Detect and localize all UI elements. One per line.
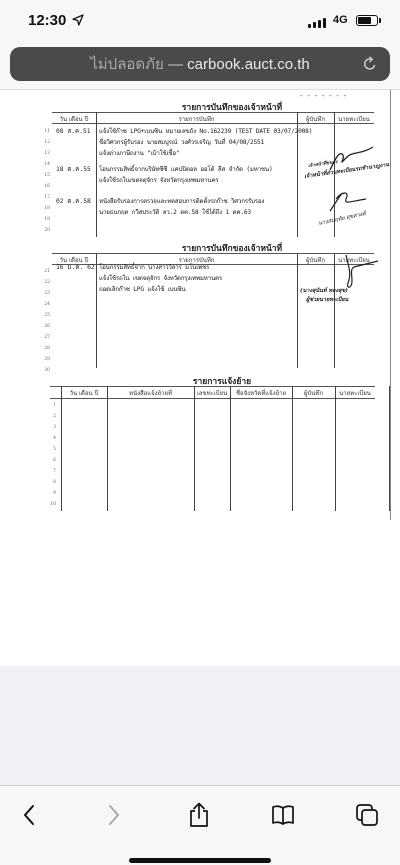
divider (194, 386, 195, 511)
entry-date: 18 ต.ค.55 (56, 164, 91, 174)
url-separator: — (164, 56, 187, 73)
line-number: 1 (44, 403, 56, 408)
line-number: 10 (44, 502, 56, 507)
browser-toolbar (0, 785, 400, 865)
entry-line: นายธนกฤต กวีสประวัติ ลว.2 ตค.58 ใช้ได้ถึ… (99, 207, 251, 217)
divider (334, 253, 335, 368)
line-number: 16 (38, 184, 50, 189)
line-number: 30 (38, 368, 50, 373)
browser-address-area: ไม่ปลอดภัย — carbook.auct.co.th (0, 44, 400, 90)
status-bar: 12:30 4G (0, 0, 400, 44)
entry-line: หนังสือรับรองการตรวจและทดสอบการติดตั้งรถ… (99, 196, 264, 206)
share-button[interactable] (184, 800, 214, 830)
book-icon (271, 804, 295, 826)
url-text[interactable]: ไม่ปลอดภัย — carbook.auct.co.th (90, 52, 310, 76)
line-number: 24 (38, 302, 50, 307)
line-number: 11 (38, 129, 50, 134)
official-stamp: ผู้ช่วยนายทะเบียน (306, 296, 348, 304)
line-number: 29 (38, 357, 50, 362)
entry-line: แจ้งใช้รถใน เขตจตุจักร จังหวัดกรุงเทพมหา… (99, 273, 222, 283)
line-number: 6 (44, 458, 56, 463)
divider (96, 112, 97, 237)
line-number: 7 (44, 469, 56, 474)
header-date: วัน เดือน ปี (61, 388, 107, 398)
top-marks: - - - - - - - (300, 91, 347, 100)
divider (61, 386, 62, 511)
header-record: รายการบันทึก (96, 114, 297, 124)
entry-line: แจ้งใช้ก๊าซ LPG+เบนซิน หมายเลขถัง No.162… (99, 126, 312, 136)
line-number: 20 (38, 228, 50, 233)
scanned-document: - - - - - - - รายการบันทึกของเจ้าหน้าที่… (0, 90, 400, 666)
battery-cap (379, 18, 381, 23)
header-registrar: นายทะเบียน (335, 388, 375, 398)
line-number: 23 (38, 291, 50, 296)
line-number: 9 (44, 491, 56, 496)
line-number: 2 (44, 414, 56, 419)
divider (96, 253, 97, 368)
section1-header: วัน เดือน ปี รายการบันทึก ผู้บันทึก นายท… (52, 113, 374, 124)
page-border (390, 90, 391, 520)
line-number: 17 (38, 195, 50, 200)
chevron-right-icon (107, 804, 121, 826)
line-number: 28 (38, 346, 50, 351)
divider (292, 386, 293, 511)
battery-icon (356, 15, 378, 26)
signature-mark (325, 145, 375, 175)
line-number: 21 (38, 269, 50, 274)
line-number: 19 (38, 217, 50, 222)
line-number: 3 (44, 425, 56, 430)
official-stamp: (นางสุนันท์ ทองสุข) (300, 287, 348, 295)
line-number: 27 (38, 335, 50, 340)
section2-table: วัน เดือน ปี รายการบันทึก ผู้บันทึก นายท… (52, 253, 374, 254)
line-number: 13 (38, 151, 50, 156)
entry-date: 08 ส.ค.51 (56, 126, 91, 136)
section3-header: วัน เดือน ปี หนังสือแจ้งย้ายที่ เลขทะเบี… (50, 387, 375, 399)
status-time: 12:30 (28, 12, 66, 29)
security-label: ไม่ปลอดภัย (90, 56, 164, 73)
section1-table: วัน เดือน ปี รายการบันทึก ผู้บันทึก นายท… (52, 112, 374, 113)
line-number: 25 (38, 313, 50, 318)
header-province: ชื่อจังหวัดที่แจ้งย้าย (230, 388, 292, 398)
section3-table: วัน เดือน ปี หนังสือแจ้งย้ายที่ เลขทะเบี… (50, 386, 375, 387)
tabs-icon (355, 803, 379, 827)
entry-line: ถอดเลิกก๊าซ LPG แจ้งใช้ เบนซิน (99, 284, 185, 294)
line-number: 12 (38, 140, 50, 145)
divider (335, 386, 336, 511)
home-indicator[interactable] (129, 858, 271, 863)
line-number: 26 (38, 324, 50, 329)
divider (107, 386, 108, 511)
share-icon (188, 802, 210, 828)
header-recorder: ผู้บันทึก (292, 388, 335, 398)
signal-icon (308, 18, 326, 28)
header-recorder: ผู้บันทึก (297, 114, 334, 124)
header-plate: เลขทะเบียน (194, 388, 230, 398)
entry-date: 16 ม.ค. 62 (56, 262, 95, 272)
bookmarks-button[interactable] (268, 800, 298, 830)
line-number: 8 (44, 480, 56, 485)
header-date: วัน เดือน ปี (52, 114, 96, 124)
chevron-left-icon (22, 804, 36, 826)
entry-line: โอนกรรมสิทธิ์จากบริษัทซีซี แคปปิตอล ออโต… (99, 164, 272, 174)
web-page-content[interactable]: - - - - - - - รายการบันทึกของเจ้าหน้าที่… (0, 90, 400, 666)
entry-line: แจ้งใช้รถในเขตจตุจักร จังหวัดกรุงเทพมหาน… (99, 175, 219, 185)
entry-line: แจ้งต่างภาษีถงาน "เบ้าใช้เชื้อ" (99, 148, 179, 158)
line-number: 4 (44, 436, 56, 441)
line-number: 15 (38, 173, 50, 178)
network-label: 4G (333, 14, 348, 26)
entry-line: ชื่อวิศวกรผู้รับรอง นายสมบูรณ์ วงศ์วรเจร… (99, 137, 264, 147)
entry-line: โอนกรรมสิทธิ์จาก นางสาววิลาร มโนเพชร (99, 262, 209, 272)
line-number: 18 (38, 206, 50, 211)
line-number: 22 (38, 280, 50, 285)
forward-button[interactable] (99, 800, 129, 830)
entry-date: 02 ต.ค.58 (56, 196, 91, 206)
line-number: 14 (38, 162, 50, 167)
tabs-button[interactable] (352, 800, 382, 830)
location-arrow-icon (72, 14, 84, 26)
header-transfer-doc: หนังสือแจ้งย้ายที่ (107, 388, 194, 398)
url-bar[interactable]: ไม่ปลอดภัย — carbook.auct.co.th (10, 47, 390, 81)
header-registrar: นายทะเบียน (334, 114, 374, 124)
line-number: 5 (44, 447, 56, 452)
url-domain: carbook.auct.co.th (187, 56, 310, 73)
divider (230, 386, 231, 511)
divider (297, 253, 298, 368)
reload-icon[interactable] (362, 56, 378, 72)
divider (389, 386, 390, 511)
header-recorder: ผู้บันทึก (297, 255, 334, 265)
back-button[interactable] (14, 800, 44, 830)
